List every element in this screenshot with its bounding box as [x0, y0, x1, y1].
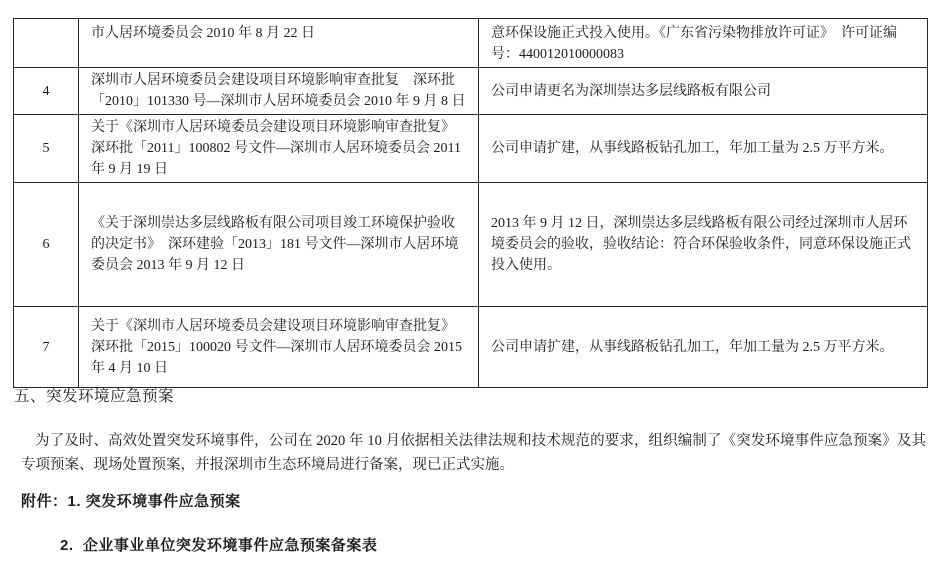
section-paragraph: 为了及时、高效处置突发环境事件，公司在 2020 年 10 月依据相关法律法规和… [21, 430, 926, 477]
table-row: 市人居环境委员会 2010 年 8 月 22 日 意环保设施正式投入使用。《广东… [14, 19, 928, 68]
row-number-cell: 5 [14, 115, 79, 183]
document-name-cell: 关于《深圳市人居环境委员会建设项目环境影响审查批复》深环批「2015」10002… [79, 307, 479, 388]
approval-content-cell: 意环保设施正式投入使用。《广东省污染物排放许可证》 许可证编号：44001201… [479, 19, 928, 68]
row-number-cell [14, 19, 79, 68]
approval-content-cell: 公司申请更名为深圳崇达多层线路板有限公司 [479, 68, 928, 115]
table-row: 4 深圳市人居环境委员会建设项目环境影响审查批复 深环批「2010」101330… [14, 68, 928, 115]
table-row: 6 《关于深圳崇达多层线路板有限公司项目竣工环境保护验收的决定书》 深环建验「2… [14, 183, 928, 307]
attachment-item-2: 2. 企业事业单位突发环境事件应急预案备案表 [60, 534, 377, 555]
approvals-table: 市人居环境委员会 2010 年 8 月 22 日 意环保设施正式投入使用。《广东… [13, 18, 928, 388]
document-name-cell: 市人居环境委员会 2010 年 8 月 22 日 [79, 19, 479, 68]
row-number-cell: 4 [14, 68, 79, 115]
row-number-cell: 7 [14, 307, 79, 388]
document-name-cell: 深圳市人居环境委员会建设项目环境影响审查批复 深环批「2010」101330 号… [79, 68, 479, 115]
attachment-item-1: 附件：1. 突发环境事件应急预案 [21, 490, 241, 511]
approval-content-cell: 公司申请扩建，从事线路板钻孔加工，年加工量为 2.5 万平方米。 [479, 307, 928, 388]
table-row: 5 关于《深圳市人居环境委员会建设项目环境影响审查批复》深环批「2011」100… [14, 115, 928, 183]
document-name-cell: 《关于深圳崇达多层线路板有限公司项目竣工环境保护验收的决定书》 深环建验「201… [79, 183, 479, 307]
section-heading: 五、突发环境应急预案 [14, 388, 174, 406]
document-name-cell: 关于《深圳市人居环境委员会建设项目环境影响审查批复》深环批「2011」10080… [79, 115, 479, 183]
row-number-cell: 6 [14, 183, 79, 307]
approval-content-cell: 2013 年 9 月 12 日，深圳崇达多层线路板有限公司经过深圳市人居环境委员… [479, 183, 928, 307]
table-row: 7 关于《深圳市人居环境委员会建设项目环境影响审查批复》深环批「2015」100… [14, 307, 928, 388]
approval-content-cell: 公司申请扩建，从事线路板钻孔加工，年加工量为 2.5 万平方米。 [479, 115, 928, 183]
